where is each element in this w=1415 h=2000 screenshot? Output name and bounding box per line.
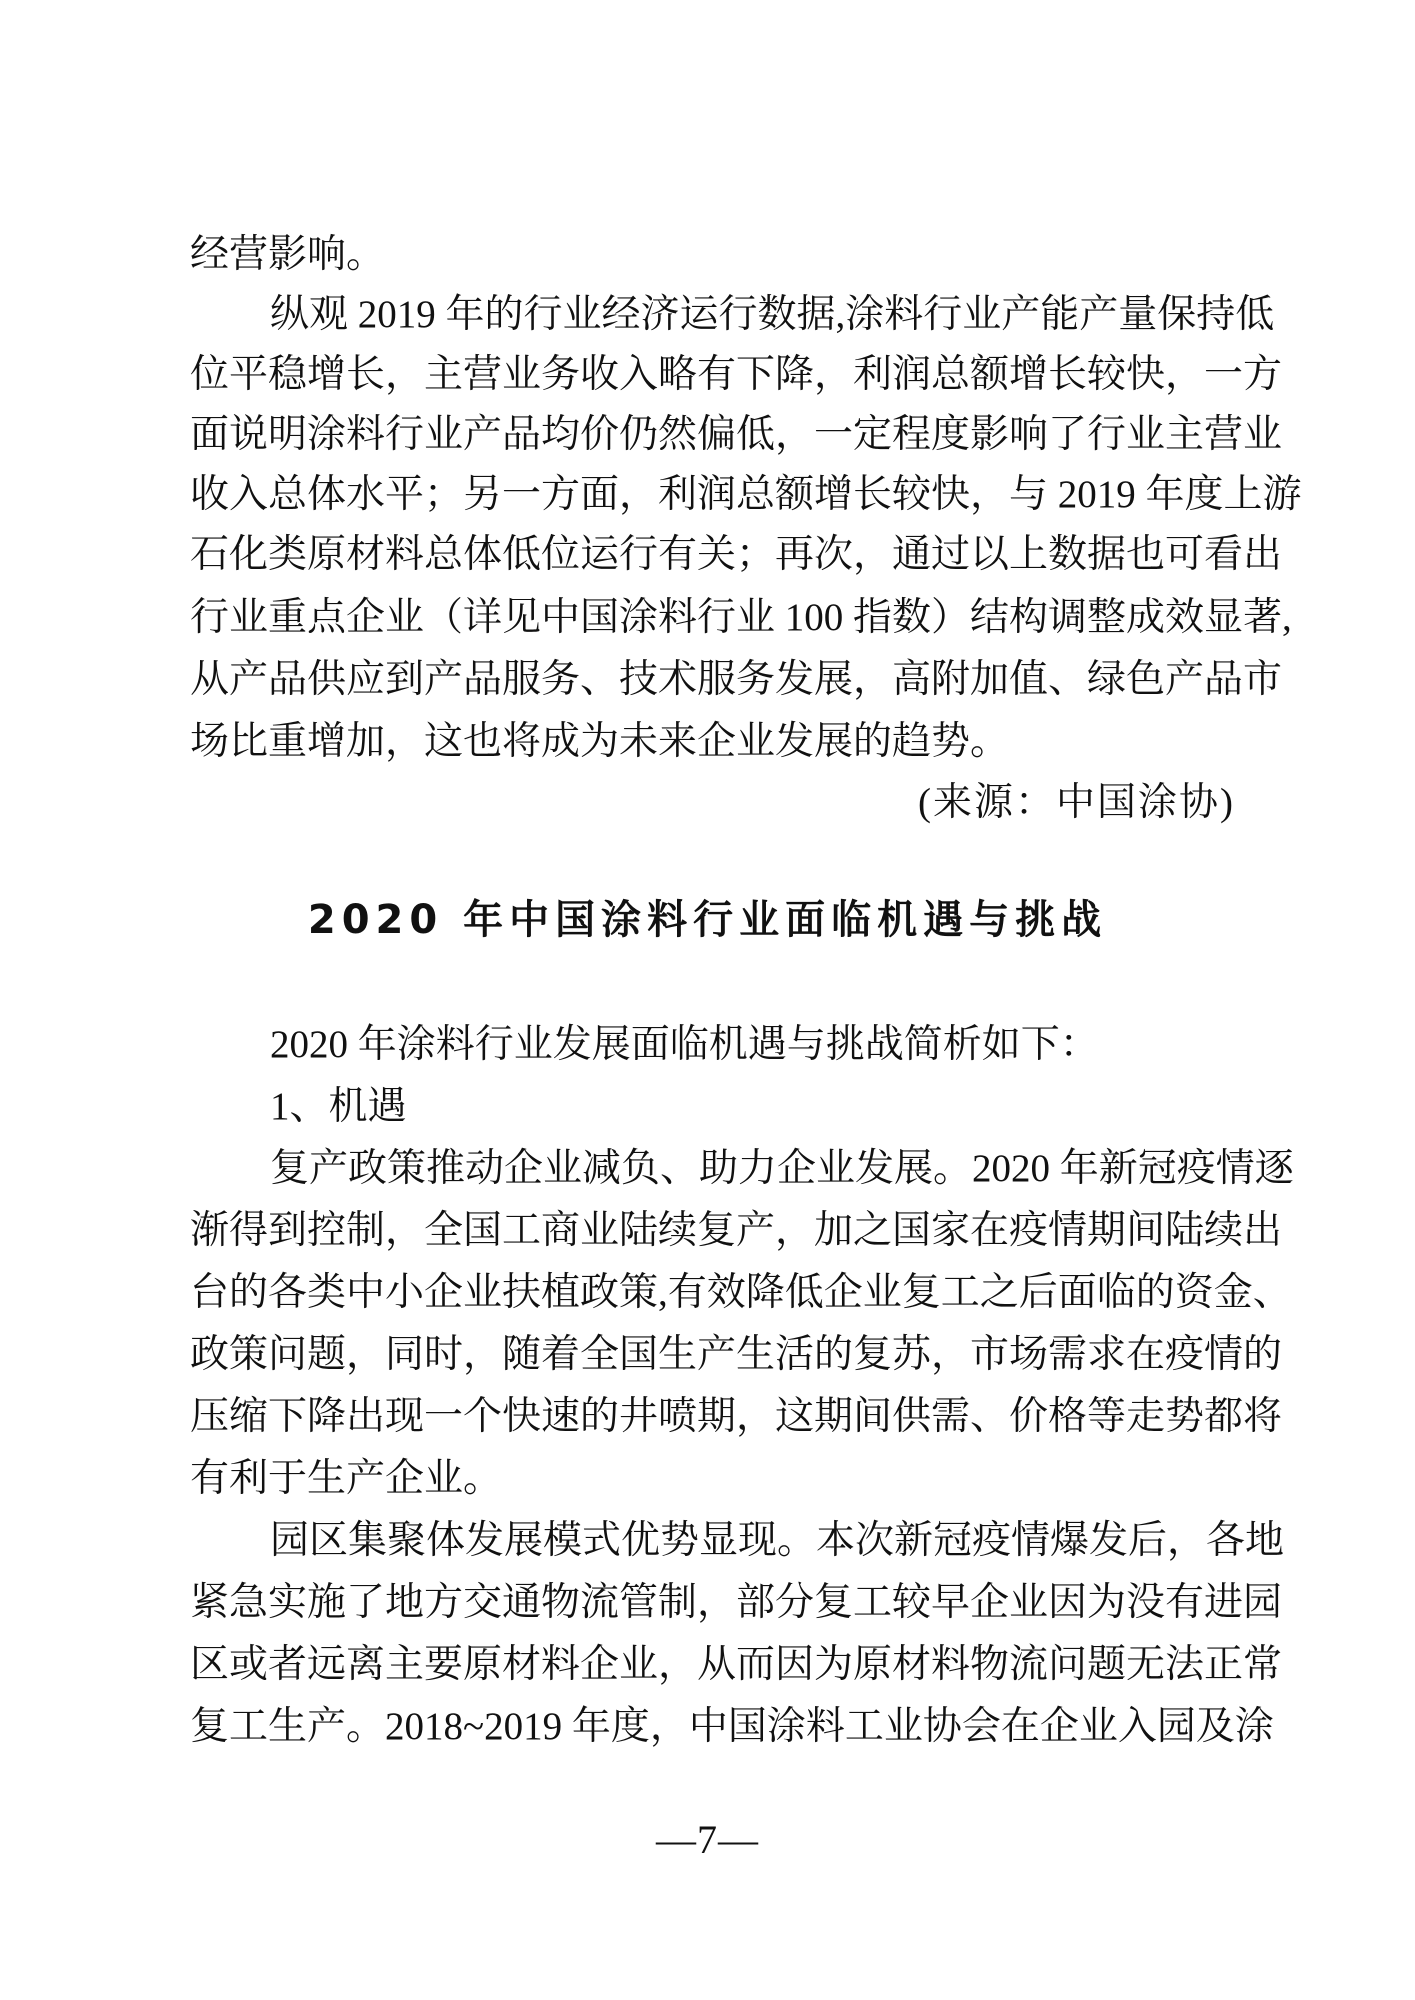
- text-line: 压缩下降出现一个快速的井喷期，这期间供需、价格等走势都将: [190, 1387, 1235, 1447]
- source-attribution: (来源：中国涂协): [918, 773, 1235, 833]
- text-line: 从产品供应到产品服务、技术服务发展，高附加值、绿色产品市: [190, 650, 1235, 710]
- text-line: 位平稳增长，主营业务收入略有下降，利润总额增长较快，一方: [190, 345, 1235, 405]
- text-line: 收入总体水平；另一方面，利润总额增长较快，与 2019 年度上游: [190, 465, 1235, 525]
- text-line: 区或者远离主要原材料企业，从而因为原材料物流问题无法正常: [190, 1635, 1235, 1695]
- section-title: 2020 年中国涂料行业面临机遇与挑战: [0, 890, 1415, 950]
- text-line: 复工生产。2018~2019 年度，中国涂料工业协会在企业入园及涂: [190, 1697, 1235, 1757]
- text-line: 面说明涂料行业产品均价仍然偏低，一定程度影响了行业主营业: [190, 405, 1235, 465]
- text-line: 行业重点企业（详见中国涂料行业 100 指数）结构调整成效显著,: [190, 588, 1235, 648]
- text-line: 有利于生产企业。: [190, 1449, 1235, 1509]
- text-line: 复产政策推动企业减负、助力企业发展。2020 年新冠疫情逐: [270, 1139, 1235, 1199]
- text-line: 政策问题，同时，随着全国生产生活的复苏，市场需求在疫情的: [190, 1325, 1235, 1385]
- text-line: 园区集聚体发展模式优势显现。本次新冠疫情爆发后，各地: [270, 1511, 1235, 1571]
- intro-line: 2020 年涂料行业发展面临机遇与挑战简析如下：: [270, 1015, 1235, 1075]
- text-line: 渐得到控制，全国工商业陆续复产，加之国家在疫情期间陆续出: [190, 1201, 1235, 1261]
- page-number: —7—: [0, 1815, 1415, 1865]
- text-line: 经营影响。: [190, 225, 1235, 285]
- text-line: 纵观 2019 年的行业经济运行数据,涂料行业产能产量保持低: [270, 285, 1235, 345]
- text-line: 紧急实施了地方交通物流管制，部分复工较早企业因为没有进园: [190, 1573, 1235, 1633]
- document-page: 经营影响。 纵观 2019 年的行业经济运行数据,涂料行业产能产量保持低 位平稳…: [0, 0, 1415, 2000]
- text-line: 石化类原材料总体低位运行有关；再次，通过以上数据也可看出: [190, 525, 1235, 585]
- subheading-opportunities: 1、机遇: [270, 1077, 1235, 1137]
- text-line: 台的各类中小企业扶植政策,有效降低企业复工之后面临的资金、: [190, 1263, 1235, 1323]
- text-line: 场比重增加，这也将成为未来企业发展的趋势。: [190, 712, 1235, 772]
